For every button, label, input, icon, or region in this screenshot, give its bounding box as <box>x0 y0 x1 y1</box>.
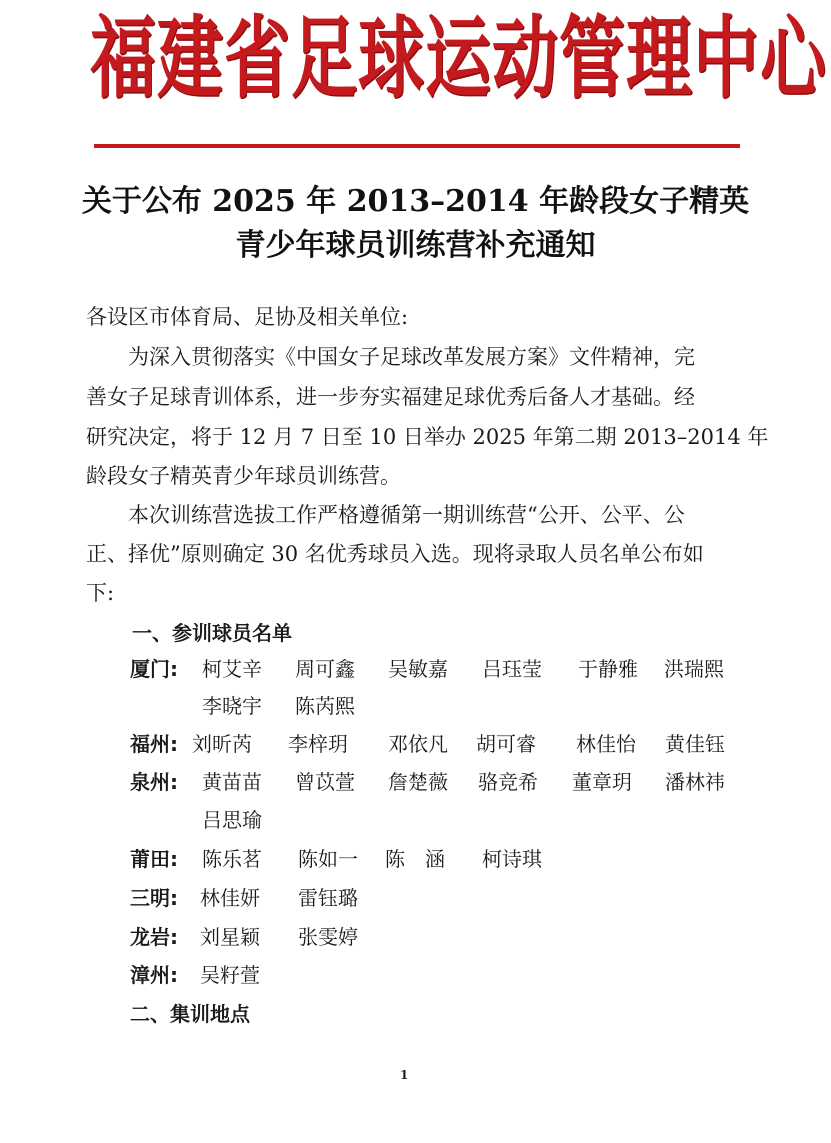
document-page: 福建省足球运动管理中心 关于公布 2025 年 2013–2014 年龄段女子精… <box>0 0 831 1143</box>
player-name: 洪瑞熙 <box>664 653 724 682</box>
city-label: 泉州: <box>130 766 178 795</box>
player-name: 李梓玥 <box>288 728 348 757</box>
city-label: 福州: <box>130 728 178 757</box>
paragraph-1-line-4: 龄段女子精英青少年球员训练营。 <box>86 461 746 491</box>
player-name: 张雯婷 <box>298 921 358 950</box>
player-name: 黄苗苗 <box>202 766 262 795</box>
player-name: 周可鑫 <box>295 653 355 682</box>
player-name: 陈 涵 <box>385 843 445 872</box>
city-label: 三明: <box>130 882 178 911</box>
paragraph-1-line-2: 善女子足球青训体系，进一步夯实福建足球优秀后备人才基础。经 <box>86 382 746 412</box>
paragraph-2-line-2: 正、择优”原则确定 30 名优秀球员入选。现将录取人员名单公布如 <box>86 539 746 569</box>
player-name: 吴籽萱 <box>200 959 260 988</box>
player-name: 潘林祎 <box>665 766 725 795</box>
player-name: 黄佳钰 <box>665 728 725 757</box>
player-name: 邓依凡 <box>388 728 448 757</box>
city-label: 莆田: <box>130 843 178 872</box>
player-name: 董章玥 <box>572 766 632 795</box>
organization-letterhead: 福建省足球运动管理中心 <box>90 0 740 126</box>
player-name: 曾苡萱 <box>295 766 355 795</box>
player-name: 柯诗琪 <box>482 843 542 872</box>
player-name: 陈如一 <box>298 843 358 872</box>
player-name: 吕思瑜 <box>202 804 262 833</box>
city-label: 龙岩: <box>130 921 178 950</box>
document-title-line-2: 青少年球员训练营补充通知 <box>60 220 771 264</box>
player-name: 詹楚薇 <box>388 766 448 795</box>
player-name: 刘昕芮 <box>192 728 252 757</box>
player-name: 吕珏莹 <box>482 653 542 682</box>
player-name: 柯艾辛 <box>202 653 262 682</box>
player-name: 林佳妍 <box>200 882 260 911</box>
paragraph-2-line-3: 下: <box>86 578 746 608</box>
player-name: 陈芮熙 <box>295 690 355 719</box>
city-label: 厦门: <box>130 653 178 682</box>
player-name: 陈乐茗 <box>202 843 262 872</box>
salutation: 各设区市体育局、足协及相关单位: <box>86 302 746 332</box>
player-name: 骆竞希 <box>478 766 538 795</box>
player-name: 李晓宇 <box>202 690 262 719</box>
player-name: 林佳怡 <box>576 728 636 757</box>
player-name: 雷钰璐 <box>298 882 358 911</box>
section-heading-player-list: 一、参训球员名单 <box>132 617 292 646</box>
paragraph-1-line-1: 为深入贯彻落实《中国女子足球改革发展方案》文件精神，完 <box>86 342 746 372</box>
document-title-line-1: 关于公布 2025 年 2013–2014 年龄段女子精英 <box>60 176 771 220</box>
letterhead-divider <box>94 144 740 148</box>
page-number: 1 <box>400 1068 408 1082</box>
player-name: 于静雅 <box>578 653 638 682</box>
section-heading-training-location: 二、集训地点 <box>130 998 250 1027</box>
player-name: 胡可睿 <box>476 728 536 757</box>
city-label: 漳州: <box>130 959 178 988</box>
player-name: 刘星颖 <box>200 921 260 950</box>
paragraph-2-line-1: 本次训练营选拔工作严格遵循第一期训练营“公开、公平、公 <box>86 500 746 530</box>
paragraph-1-line-3: 研究决定，将于 12 月 7 日至 10 日举办 2025 年第二期 2013–… <box>86 422 746 452</box>
player-name: 吴敏嘉 <box>388 653 448 682</box>
